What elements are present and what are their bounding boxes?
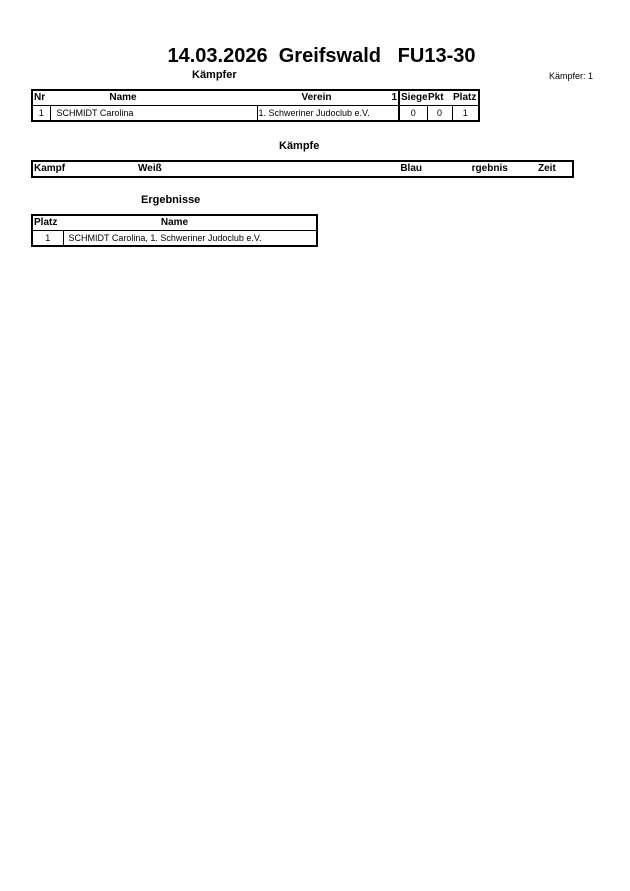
fighter-wins: 0 xyxy=(399,106,427,122)
fights-header-row: Kampf Weiß Blau Ergebnis Zeit xyxy=(32,161,573,177)
fighter-nr: 1 xyxy=(32,106,50,122)
page-title: 14.03.2026 Greifswald FU13-30 xyxy=(0,45,630,68)
col-points: Pkt xyxy=(427,90,452,106)
col-name: Name xyxy=(50,90,257,106)
col-wins: Siege xyxy=(399,90,427,106)
fights-table: Kampf Weiß Blau Ergebnis Zeit xyxy=(31,160,574,178)
col-result-name: Name xyxy=(63,215,317,231)
fights-heading: Kämpfe xyxy=(279,140,319,152)
event-date: 14.03.2026 xyxy=(168,45,268,67)
result-row: 1 SCHMIDT Carolina, 1. Schweriner Judocl… xyxy=(32,231,317,247)
event-category: FU13-30 xyxy=(398,45,476,67)
results-heading: Ergebnisse xyxy=(141,194,200,206)
fighters-heading: Kämpfer xyxy=(192,69,237,81)
fighter-name: SCHMIDT Carolina xyxy=(50,106,257,122)
col-blue: Blau xyxy=(307,161,472,177)
results-table: Platz Name 1 SCHMIDT Carolina, 1. Schwer… xyxy=(31,214,318,247)
col-white: Weiß xyxy=(137,161,307,177)
fighter-place: 1 xyxy=(452,106,479,122)
fighters-table: Nr Name Verein 1 Siege Pkt Platz 1 SCHMI… xyxy=(31,89,480,122)
col-pool: 1 xyxy=(384,90,399,106)
col-club: Verein xyxy=(257,90,384,106)
fighter-club: 1. Schweriner Judoclub e.V. xyxy=(257,106,399,122)
col-place: Platz xyxy=(452,90,479,106)
event-location: Greifswald xyxy=(279,45,381,67)
col-time: Zeit xyxy=(532,161,573,177)
col-result: Ergebnis xyxy=(472,161,532,177)
fighter-club-text: 1. Schweriner Judoclub e.V. xyxy=(259,108,370,118)
results-header-row: Platz Name xyxy=(32,215,317,231)
fighter-row: 1 SCHMIDT Carolina 1. Schweriner Judoclu… xyxy=(32,106,479,122)
fighters-header-row: Nr Name Verein 1 Siege Pkt Platz xyxy=(32,90,479,106)
fighter-count: Kämpfer: 1 xyxy=(549,71,593,81)
result-name: SCHMIDT Carolina, 1. Schweriner Judoclub… xyxy=(63,231,317,247)
result-place: 1 xyxy=(32,231,63,247)
col-nr: Nr xyxy=(32,90,50,106)
col-fight: Kampf xyxy=(32,161,137,177)
col-result-place: Platz xyxy=(32,215,63,231)
fighter-points: 0 xyxy=(427,106,452,122)
